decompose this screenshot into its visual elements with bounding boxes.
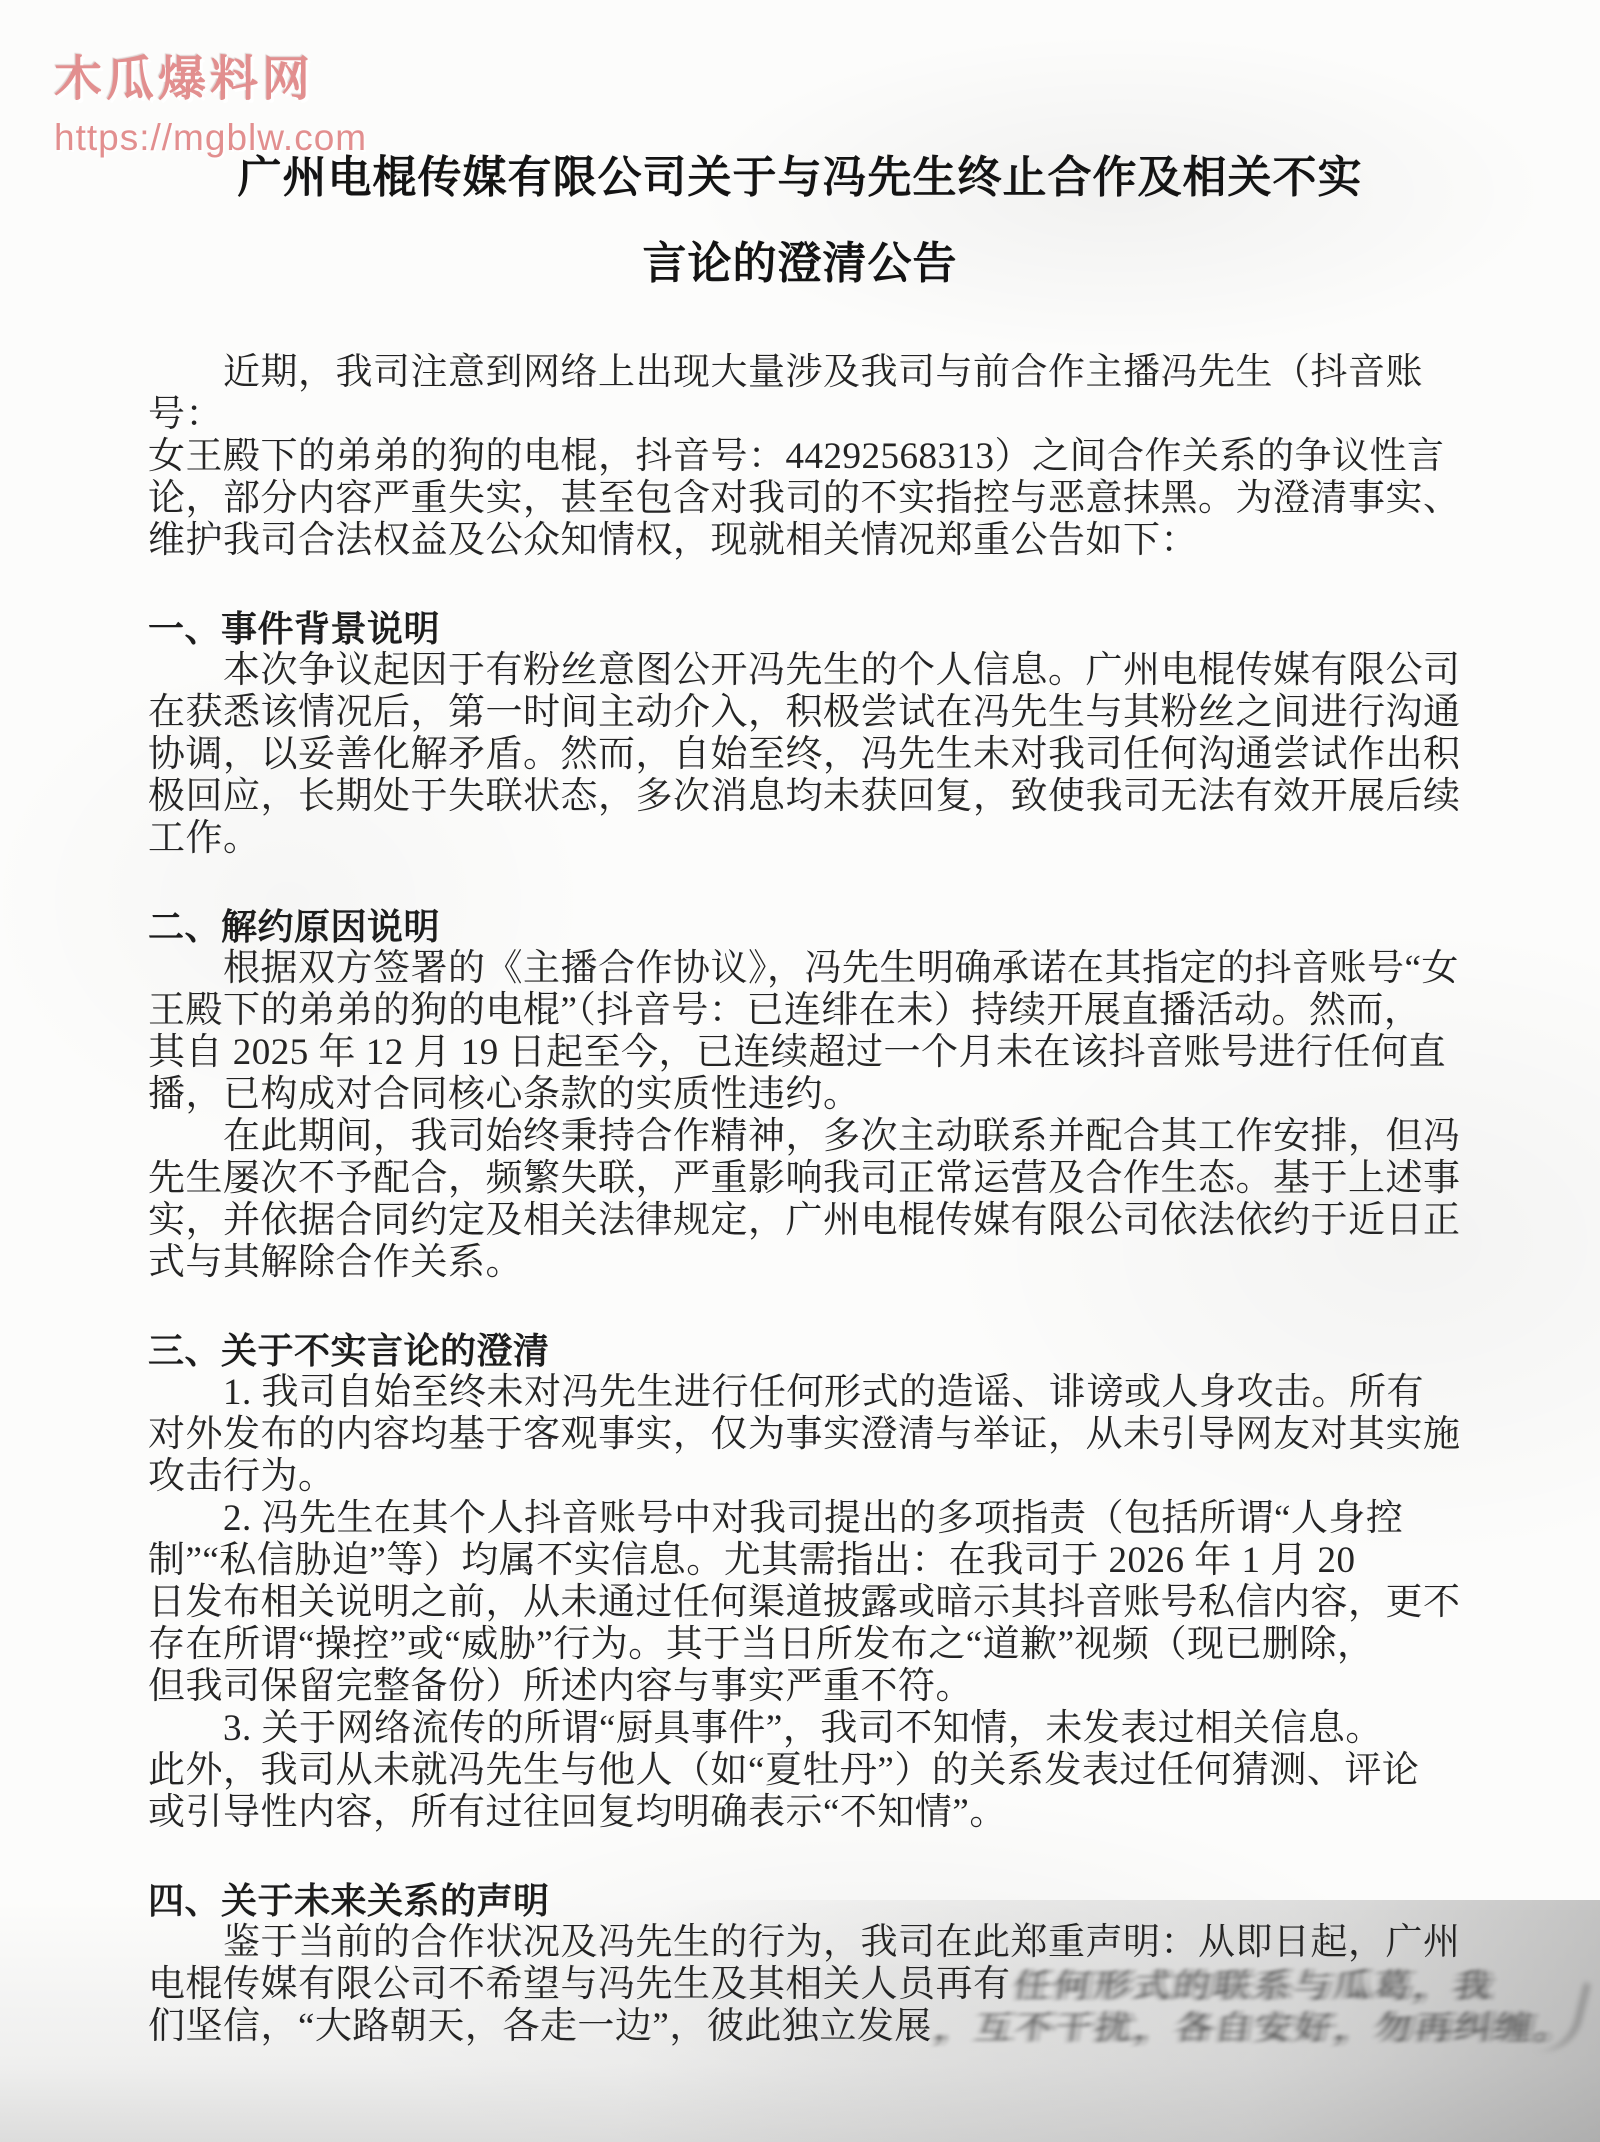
final-paragraph-line-3: 们坚信，“大路朝天，各走一边”，彼此独立发展，互不干扰，各自安好，勿再纠缠。 — [148, 2006, 1478, 2048]
intro-paragraph: 近期，我司注意到网络上出现大量涉及我司与前合作主播冯先生（抖音账号： 女王殿下的… — [148, 352, 1478, 562]
section-2-paragraph-2: 在此期间，我司始终秉持合作精神，多次主动联系并配合其工作安排，但冯 先生屡次不予… — [148, 1116, 1478, 1284]
final-paragraph-line-1: 鉴于当前的合作状况及冯先生的行为，我司在此郑重声明：从即日起，广州 — [148, 1922, 1478, 1964]
document-body: 近期，我司注意到网络上出现大量涉及我司与前合作主播冯先生（抖音账号： 女王殿下的… — [148, 352, 1478, 2048]
section-3-paragraph-1: 1. 我司自始至终未对冯先生进行任何形式的造谣、诽谤或人身攻击。所有 对外发布的… — [148, 1372, 1478, 1498]
final-line3-text: 们坚信，“大路朝天，各走一边”，彼此独立发展 — [148, 2006, 932, 2047]
watermark-site-url: https://mgblw.com — [54, 117, 367, 159]
final-line2-text: 电棍传媒有限公司不希望与冯先生及其相关人员再有 — [148, 1964, 1011, 2005]
distorted-text: 任何形式的联系与瓜葛，我 — [1011, 1968, 1496, 2006]
final-paragraph-line-2: 电棍传媒有限公司不希望与冯先生及其相关人员再有任何形式的联系与瓜葛，我 — [148, 1964, 1478, 2006]
section-3-paragraph-2: 2. 冯先生在其个人抖音账号中对我司提出的多项指责（包括所谓“人身控 制”“私信… — [148, 1498, 1478, 1708]
watermark: 木瓜爆料网 https://mgblw.com — [54, 40, 367, 159]
watermark-site-name: 木瓜爆料网 — [54, 40, 367, 109]
section-1-paragraph-1: 本次争议起因于有粉丝意图公开冯先生的个人信息。广州电棍传媒有限公司 在获悉该情况… — [148, 650, 1478, 860]
distorted-text: ，互不干扰，各自安好，勿再纠缠。 — [932, 2010, 1577, 2048]
section-2-paragraph-1: 根据双方签署的《主播合作协议》，冯先生明确承诺在其指定的抖音账号“女 王殿下的弟… — [148, 948, 1478, 1116]
section-2-heading: 二、解约原因说明 — [148, 906, 1478, 948]
document-title-line1: 广州电棍传媒有限公司关于与冯先生终止合作及相关不实 — [0, 152, 1600, 204]
document-title: 广州电棍传媒有限公司关于与冯先生终止合作及相关不实 言论的澄清公告 — [0, 152, 1600, 290]
section-1-heading: 一、事件背景说明 — [148, 608, 1478, 650]
section-4-heading: 四、关于未来关系的声明 — [148, 1880, 1478, 1922]
scanned-announcement-page: { "watermark": { "site_name": "木瓜爆料网", "… — [0, 0, 1600, 2142]
final-line1-text: 鉴于当前的合作状况及冯先生的行为，我司在此郑重声明：从即日起，广州 — [148, 1922, 1461, 1963]
section-3-heading: 三、关于不实言论的澄清 — [148, 1330, 1478, 1372]
section-3-paragraph-3: 3. 关于网络流传的所谓“厨具事件”，我司不知情，未发表过相关信息。 此外，我司… — [148, 1708, 1478, 1834]
document-title-line2: 言论的澄清公告 — [0, 238, 1600, 290]
